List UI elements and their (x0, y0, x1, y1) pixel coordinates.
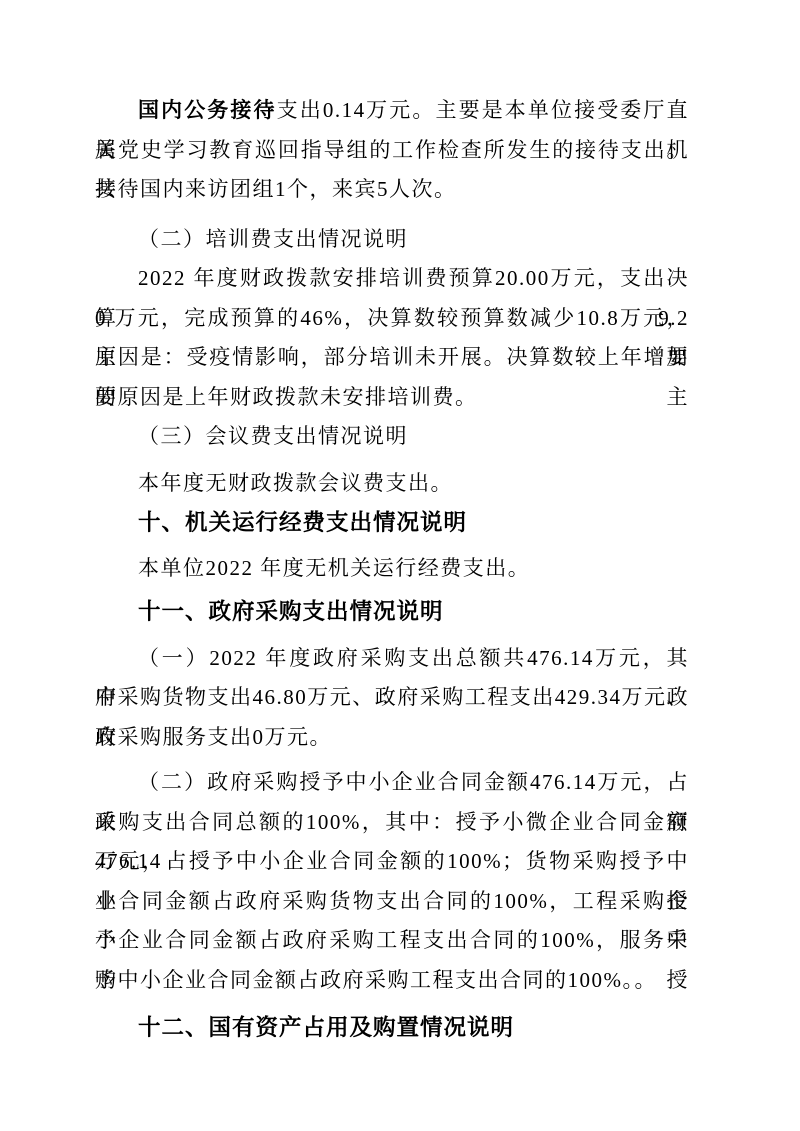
reception-paragraph-line-1: 国内公务接待支出0.14万元。主要是本单位接受委厅直属机 (95, 91, 689, 131)
reception-paragraph-line-3: 接待国内来访团组1个，来宾5人次。 (95, 170, 689, 210)
procurement-total-line-2: 府采购货物支出46.80万元、政府采购工程支出429.34万元、政 (95, 678, 689, 718)
training-heading: （二）培训费支出情况说明 (95, 220, 689, 260)
procurement-heading: 十一、政府采购支出情况说明 (95, 592, 689, 632)
document-text-column: 国内公务接待支出0.14万元。主要是本单位接受委厅直属机 关党史学习教育巡回指导… (95, 91, 689, 1048)
state-assets-heading: 十二、国有资产占用及购置情况说明 (95, 1008, 689, 1048)
procurement-sme-line-6: 予中小企业合同金额占政府采购工程支出合同的100%。。 (95, 961, 689, 1001)
reception-bold-lead: 国内公务接待 (138, 98, 277, 122)
procurement-sme-line-3: 万元，占授予中小企业合同金额的100%；货物采购授予中小企 (95, 842, 689, 882)
procurement-sme-line-1: （二）政府采购授予中小企业合同金额476.14万元，占政府 (95, 763, 689, 803)
training-paragraph-line-1: 2022 年度财政拨款安排培训费预算20.00万元，支出决算9.2 (95, 259, 689, 299)
procurement-sme-line-4: 业合同金额占政府采购货物支出合同的100%，工程采购授予中 (95, 882, 689, 922)
meeting-heading: （三）会议费支出情况说明 (95, 417, 689, 457)
training-paragraph-line-3: 原因是：受疫情影响，部分培训未开展。决算数较上年增加的主 (95, 338, 689, 378)
procurement-sme-line-5: 小企业合同金额占政府采购工程支出合同的100%，服务采购授 (95, 921, 689, 961)
operating-expense-paragraph: 本单位2022 年度无机关运行经费支出。 (95, 549, 689, 589)
document-page: 国内公务接待支出0.14万元。主要是本单位接受委厅直属机 关党史学习教育巡回指导… (0, 0, 800, 1131)
procurement-total-line-3: 府采购服务支出0万元。 (95, 718, 689, 758)
reception-paragraph-line-2: 关党史学习教育巡回指导组的工作检查所发生的接待支出。共 (95, 131, 689, 171)
training-paragraph-line-2: 0 万元，完成预算的46%，决算数较预算数减少10.8万元，主要 (95, 299, 689, 339)
meeting-paragraph: 本年度无财政拨款会议费支出。 (95, 464, 689, 504)
procurement-total-line-1: （一）2022 年度政府采购支出总额共476.14万元，其中：政 (95, 639, 689, 679)
procurement-sme-line-2: 采购支出合同总额的100%，其中：授予小微企业合同金额476.14 (95, 803, 689, 843)
operating-expense-heading: 十、机关运行经费支出情况说明 (95, 503, 689, 543)
